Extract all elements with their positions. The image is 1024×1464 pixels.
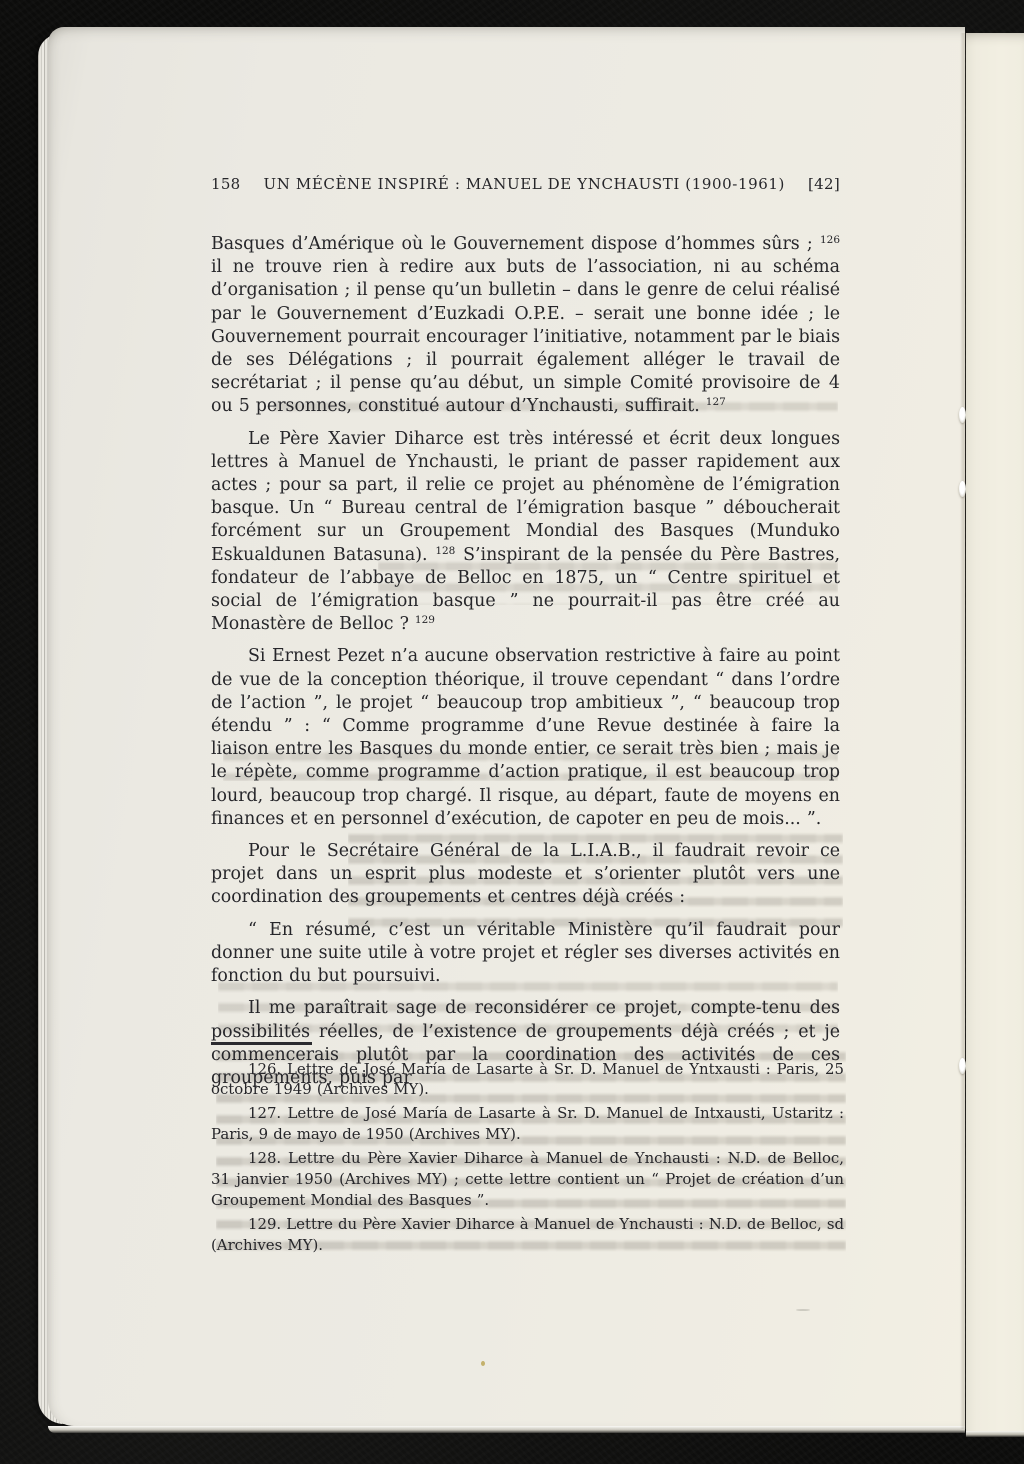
binding-thread xyxy=(959,481,966,497)
footnote: 128. Lettre du Père Xavier Diharce à Man… xyxy=(211,1148,844,1211)
page-number: 158 xyxy=(211,175,241,193)
footnotes-list: 126. Lettre de José María de Lasarte à S… xyxy=(211,1059,844,1256)
body-paragraph: Si Ernest Pezet n’a aucune observation r… xyxy=(211,645,840,831)
binding-thread xyxy=(959,407,966,423)
body-paragraph: Basques d’Amérique où le Gouvernement di… xyxy=(211,233,840,419)
footnote: 129. Lettre du Père Xavier Diharce à Man… xyxy=(211,1214,844,1256)
footnote-reference: 126 xyxy=(820,234,840,246)
footnote-block: 126. Lettre de José María de Lasarte à S… xyxy=(211,1042,844,1259)
body-paragraph: Pour le Secrétaire Général de la L.I.A.B… xyxy=(211,840,840,910)
running-head: 158 UN MÉCÈNE INSPIRÉ : MANUEL DE YNCHAU… xyxy=(211,175,840,193)
paper-speck xyxy=(796,1309,810,1311)
running-title: UN MÉCÈNE INSPIRÉ : MANUEL DE YNCHAUSTI … xyxy=(264,175,785,193)
footnote: 126. Lettre de José María de Lasarte à S… xyxy=(211,1059,844,1101)
body-paragraphs: Basques d’Amérique où le Gouvernement di… xyxy=(211,233,840,1090)
binding-thread xyxy=(959,1058,966,1074)
footnote-reference: 128 xyxy=(435,545,455,557)
footnote: 127. Lettre de José María de Lasarte à S… xyxy=(211,1103,844,1145)
body-paragraph: Le Père Xavier Diharce est très intéress… xyxy=(211,428,840,637)
paper-speck xyxy=(481,1361,485,1366)
footnote-reference: 129 xyxy=(415,614,435,626)
photo-background: 158 UN MÉCÈNE INSPIRÉ : MANUEL DE YNCHAU… xyxy=(0,0,1024,1464)
printed-content: 158 UN MÉCÈNE INSPIRÉ : MANUEL DE YNCHAU… xyxy=(211,175,840,1090)
folio-number: [42] xyxy=(808,175,840,193)
book-page: 158 UN MÉCÈNE INSPIRÉ : MANUEL DE YNCHAU… xyxy=(48,27,965,1426)
body-paragraph: “ En résumé, c’est un véritable Ministèr… xyxy=(211,919,840,989)
facing-page-edge xyxy=(966,33,1024,1431)
footnote-reference: 127 xyxy=(706,396,726,408)
footnote-rule xyxy=(211,1042,312,1045)
